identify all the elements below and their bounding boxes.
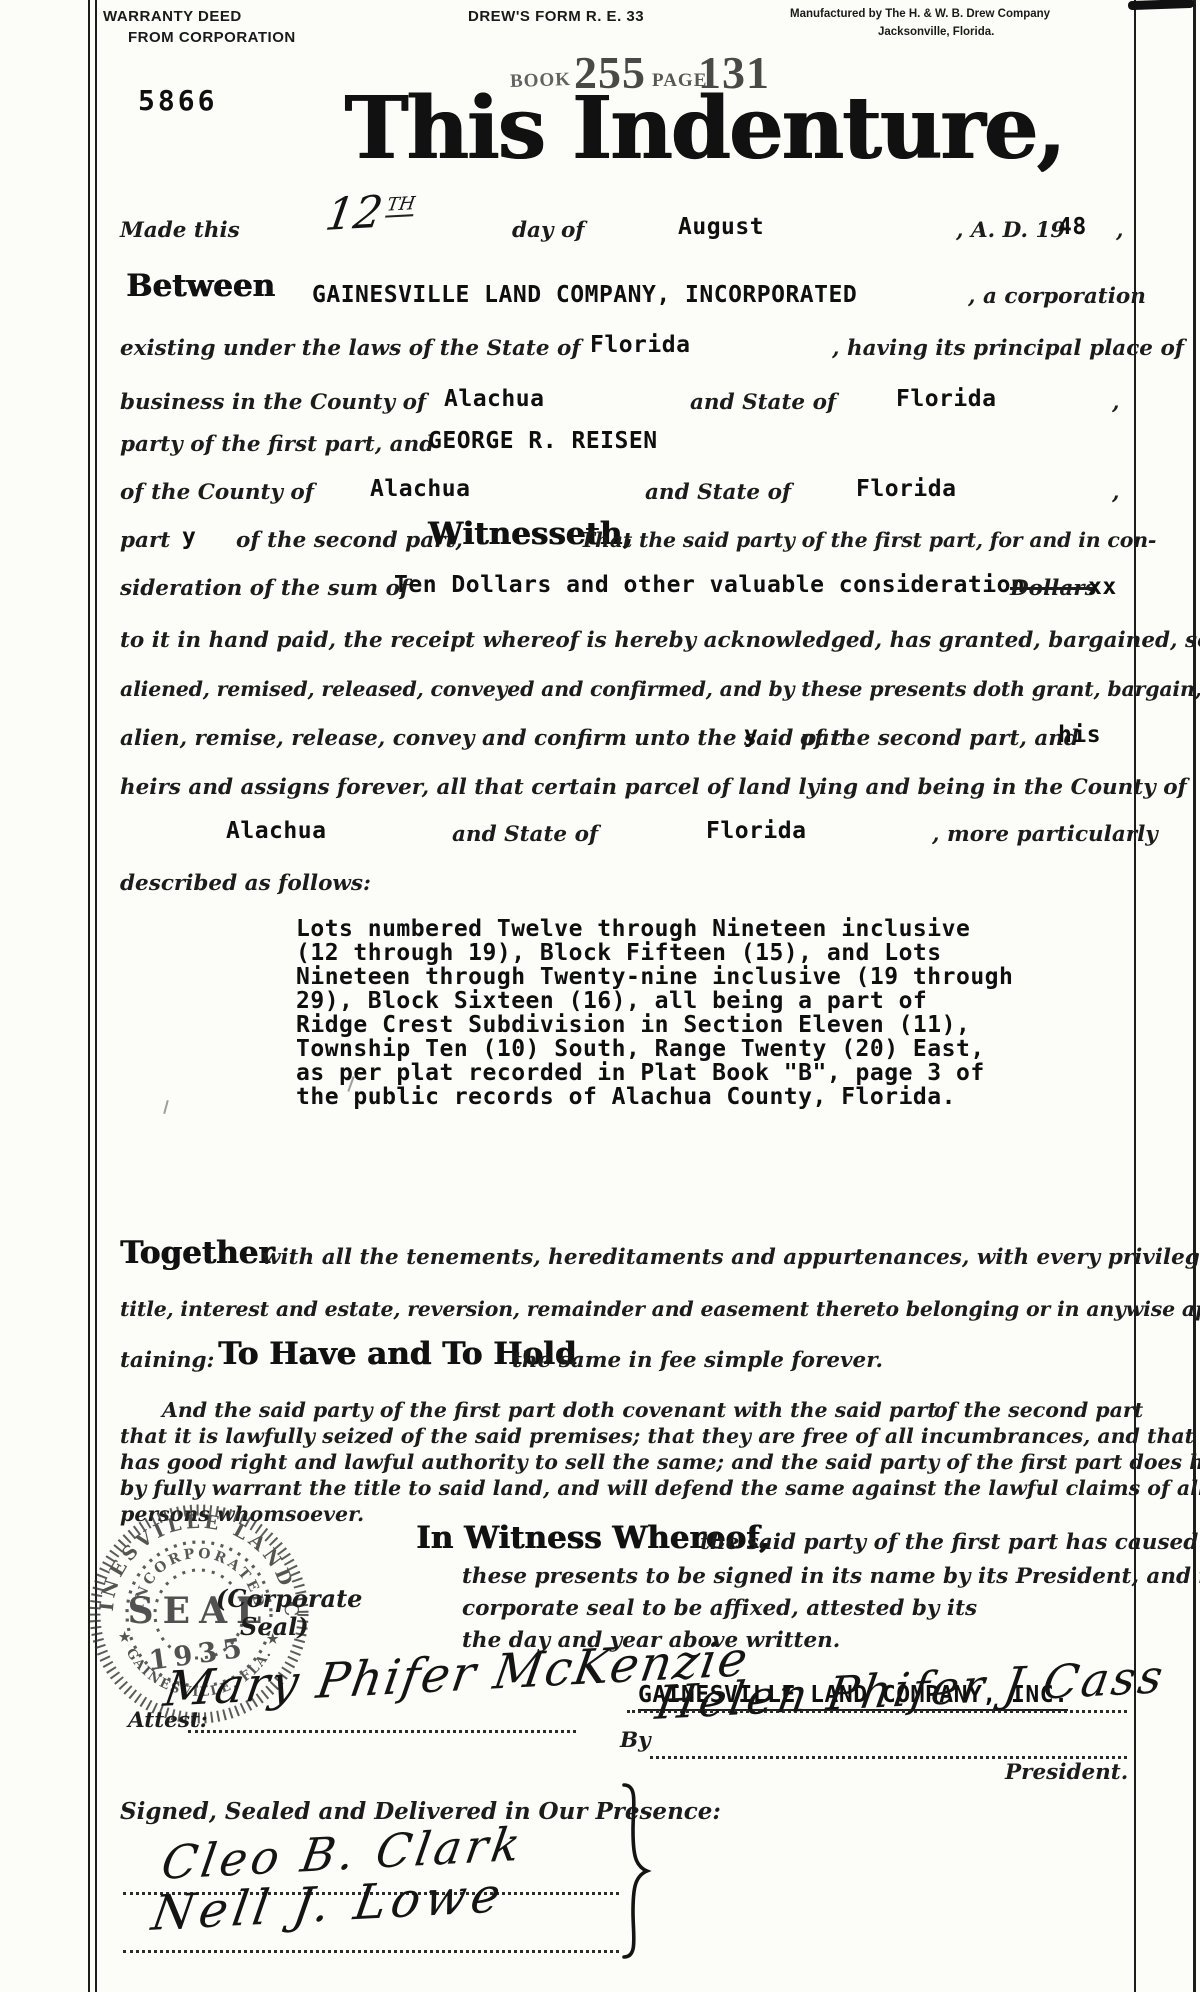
warranty-deed-document: WARRANTY DEED FROM CORPORATION DREW'S FO… <box>0 0 1200 1992</box>
typed-state-1: Florida <box>590 332 690 358</box>
grantee-name: GEORGE R. REISEN <box>428 428 658 454</box>
typed-month: August <box>678 214 764 240</box>
typed-state-2: Florida <box>896 386 996 412</box>
legal-description-line: Lots numbered Twelve through Nineteen in… <box>296 916 970 942</box>
president-signature-line <box>650 1756 1127 1759</box>
first-part-line: party of the first part, and <box>120 432 434 457</box>
line5-comma: , <box>1112 480 1120 505</box>
laws-line-post: , having its principal place of <box>832 336 1184 361</box>
typed-y-2: y <box>744 722 758 748</box>
consideration-pre: sideration of the sum of <box>120 576 409 601</box>
instrument-number: 5866 <box>138 84 217 117</box>
typed-county-2: Alachua <box>370 476 470 502</box>
form-type-label-line1: WARRANTY DEED <box>103 8 242 25</box>
between-label: Between <box>126 268 275 304</box>
date-trailing-comma: , <box>1116 218 1124 243</box>
granting-line3-pre: alien, remise, release, convey and confi… <box>120 726 851 751</box>
strike-x-marks: xx <box>1088 574 1117 600</box>
struck-dollars-word: Dollars <box>1010 576 1097 601</box>
witnesseth-text: That the said party of the first part, f… <box>580 528 1156 552</box>
margin-smudge <box>163 1100 169 1114</box>
typed-consideration: Ten Dollars and other valuable considera… <box>394 572 1025 598</box>
attest-signature-line <box>188 1730 576 1733</box>
right-border-outer <box>1193 0 1196 1992</box>
form-type-label-line2: FROM CORPORATION <box>128 29 296 46</box>
laws-line-pre: existing under the laws of the State of <box>120 336 581 361</box>
typed-his: his <box>1058 722 1101 748</box>
described-as-follows: described as follows: <box>120 871 371 896</box>
president-label: President. <box>1005 1760 1128 1785</box>
legal-description-line: Ridge Crest Subdivision in Section Eleve… <box>296 1012 970 1038</box>
legal-description-line: the public records of Alachua County, Fl… <box>296 1084 956 1110</box>
by-label: By <box>620 1728 651 1753</box>
habendum-line3-post: the same in fee simple forever. <box>512 1348 883 1373</box>
corporate-seal-printed-label-1: (Corporate <box>216 1584 362 1613</box>
witness-brace <box>618 1782 652 1960</box>
date-line-pre: Made this <box>120 218 240 243</box>
grantee-state-mid: and State of <box>645 480 791 505</box>
form-number-label: DREW'S FORM R. E. 33 <box>468 8 644 25</box>
typed-state-3: Florida <box>856 476 956 502</box>
typed-state-4: Florida <box>706 818 806 844</box>
granting-line1: to it in hand paid, the receipt whereof … <box>120 628 1200 653</box>
covenant-line3: has good right and lawful authority to s… <box>120 1450 1200 1474</box>
handwritten-day: 12TH <box>322 185 418 241</box>
day-suffix: TH <box>385 193 416 218</box>
covenant-line1-pre: And the said party of the first part dot… <box>162 1398 937 1422</box>
witness-whereof-line1: the said party of the first part has cau… <box>700 1530 1198 1555</box>
typed-county-1: Alachua <box>444 386 544 412</box>
date-line-ad: , A. D. 19 <box>956 218 1065 243</box>
legal-description-line: (12 through 19), Block Fifteen (15), and… <box>296 940 942 966</box>
date-line-mid: day of <box>512 218 585 243</box>
covenant-line1-post: of the second part <box>934 1398 1143 1422</box>
together-label: Together <box>120 1235 275 1271</box>
witness-whereof-line3: corporate seal to be affixed, attested b… <box>462 1596 977 1621</box>
covenant-line4: by fully warrant the title to said land,… <box>120 1476 1200 1500</box>
witness2-line <box>123 1950 619 1953</box>
legal-description-line: as per plat recorded in Plat Book "B", p… <box>296 1060 985 1086</box>
business-state-mid: and State of <box>690 390 836 415</box>
granting-line4: heirs and assigns forever, all that cert… <box>120 775 1187 800</box>
manufacturer-line1: Manufactured by The H. & W. B. Drew Comp… <box>790 8 1050 20</box>
document-title: This Indenture, <box>344 78 1064 179</box>
typed-year: 48 <box>1058 214 1087 240</box>
legal-description-line: 29), Block Sixteen (16), all being a par… <box>296 988 927 1014</box>
corporation-suffix: , a corporation <box>968 284 1146 309</box>
habendum-line1: with all the tenements, hereditaments an… <box>262 1245 1200 1270</box>
legal-description-line: Township Ten (10) South, Range Twenty (2… <box>296 1036 985 1062</box>
grantor-name: GAINESVILLE LAND COMPANY, INCORPORATED <box>312 282 857 308</box>
granting-line5-post: , more particularly <box>932 822 1158 847</box>
witness-whereof-line2: these presents to be signed in its name … <box>462 1564 1200 1589</box>
covenant-line2: that it is lawfully seized of the said p… <box>120 1424 1200 1448</box>
second-part-word: part <box>120 528 170 553</box>
habendum-line3-pre: taining: <box>120 1348 214 1373</box>
business-county-pre: business in the County of <box>120 390 426 415</box>
manufacturer-line2: Jacksonville, Florida. <box>878 26 994 38</box>
day-number: 12 <box>322 187 386 241</box>
habendum-line2: title, interest and estate, reversion, r… <box>120 1297 1200 1321</box>
typed-county-3: Alachua <box>226 818 326 844</box>
granting-line3-mid: of the second part, and <box>800 726 1079 751</box>
granting-line2: aliened, remised, released, conveyed and… <box>120 677 1200 701</box>
line3-comma: , <box>1112 390 1120 415</box>
grantee-county-pre: of the County of <box>120 480 314 505</box>
granting-line5-mid: and State of <box>452 822 598 847</box>
legal-description-line: Nineteen through Twenty-nine inclusive (… <box>296 964 1013 990</box>
typed-y-1: y <box>182 524 196 550</box>
corporate-seal-printed-label-2: Seal) <box>240 1612 309 1641</box>
scan-smudge-top-right <box>1128 0 1194 10</box>
